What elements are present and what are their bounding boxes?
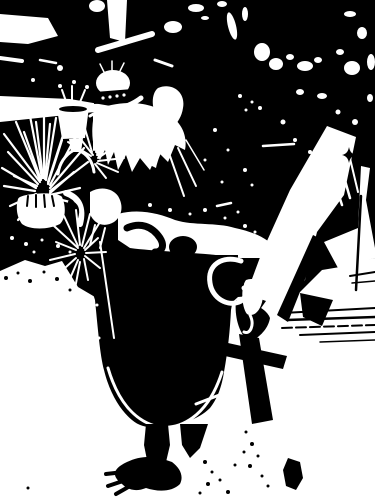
threshold-photo (0, 0, 375, 499)
